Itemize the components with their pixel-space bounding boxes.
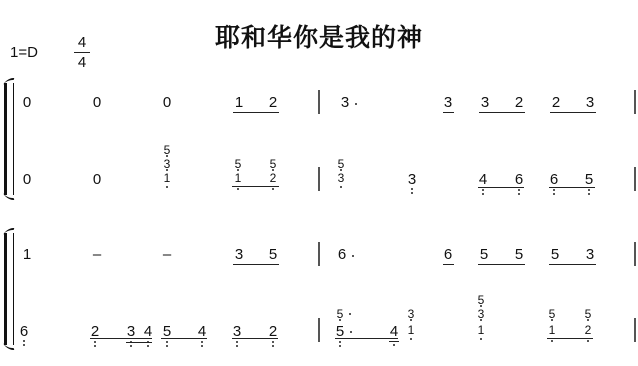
octave-dot [411,188,413,190]
octave-dot [236,345,238,347]
note: 1 [547,324,557,336]
system-2-brace [4,233,14,345]
note: 3 [442,95,454,110]
note: 0 [91,172,103,187]
note: 2 [513,95,525,110]
barline [634,90,636,114]
octave-dot [272,341,274,343]
note: 2 [583,324,593,336]
octave-dot [272,345,274,347]
octave-dot [587,340,589,342]
underline-beam [335,338,398,339]
octave-dot [94,345,96,347]
octave-dot [272,188,274,190]
octave-dot [551,319,553,321]
octave-dot [480,338,482,340]
octave-dot [166,341,168,343]
note: 3 [584,247,596,262]
time-signature: 4 4 [74,34,90,71]
octave-dot [588,193,590,195]
note: 1 [476,324,486,336]
note: 2 [89,324,101,339]
octave-dot [352,255,354,257]
octave-dot [482,189,484,191]
note: 4 [142,324,154,339]
note: 5 [513,247,525,262]
note: 4 [388,324,400,339]
note: 0 [21,95,33,110]
note: 1 [233,172,243,184]
underline-beam [478,264,525,265]
underline-beam [549,264,596,265]
octave-dot [553,189,555,191]
note: 1 [406,324,416,336]
barline [634,242,636,266]
note: 3 [479,95,491,110]
underline-beam [389,341,399,342]
underline-beam [547,338,593,339]
time-signature-top: 4 [78,34,86,51]
note: 1 [162,172,172,184]
note: 2 [550,95,562,110]
note: 0 [91,95,103,110]
barline [318,318,320,342]
octave-dot [551,340,553,342]
barline [634,318,636,342]
octave-dot [410,338,412,340]
underline-beam [90,338,152,339]
time-signature-bottom: 4 [78,54,86,71]
octave-dot [166,186,168,188]
note: 3 [125,324,137,339]
note: 4 [196,324,208,339]
octave-dot [201,345,203,347]
octave-dot [23,340,25,342]
octave-dot [166,345,168,347]
note: 6 [548,172,560,187]
octave-dot [236,341,238,343]
underline-beam [443,112,454,113]
note: 6 [442,247,454,262]
underline-beam [443,264,454,265]
system-1-brace [4,83,14,195]
song-title: 耶和华你是我的神 [0,18,638,54]
note: 3 [406,172,418,187]
note: 1 [21,247,33,262]
note: 3 [584,95,596,110]
note: 0 [161,95,173,110]
barline [318,167,320,191]
octave-dot [237,188,239,190]
octave-dot [587,319,589,321]
octave-dot [482,193,484,195]
octave-dot [147,345,149,347]
octave-dot [349,313,351,315]
octave-dot [339,341,341,343]
note: 4 [477,172,489,187]
underline-beam [232,338,278,339]
note: 3 [339,95,351,110]
octave-dot [518,189,520,191]
octave-dot [553,193,555,195]
note: 2 [267,324,279,339]
key-signature: 1=D [10,44,38,61]
note: 3 [231,324,243,339]
note: 5 [267,247,279,262]
underline-beam [126,342,152,343]
octave-dot [339,345,341,347]
underline-beam [549,187,595,188]
octave-dot [94,341,96,343]
octave-dot [340,186,342,188]
note: 3 [233,247,245,262]
barline [318,242,320,266]
octave-dot [393,344,395,346]
underline-beam [232,186,279,187]
note: 5 [583,172,595,187]
note: – [91,247,103,262]
underline-beam [161,338,207,339]
note: 6 [513,172,525,187]
octave-dot [588,189,590,191]
barline [318,90,320,114]
octave-dot [130,345,132,347]
underline-beam [550,112,596,113]
note: 0 [21,172,33,187]
note: 1 [233,95,245,110]
octave-dot [518,193,520,195]
octave-dot [350,331,352,333]
note: 6 [18,324,30,339]
note: 5 [549,247,561,262]
note: – [161,247,173,262]
octave-dot [411,192,413,194]
underline-beam [478,187,524,188]
octave-dot [480,319,482,321]
octave-dot [339,319,341,321]
octave-dot [23,344,25,346]
octave-dot [201,341,203,343]
underline-beam [233,112,279,113]
underline-beam [479,112,525,113]
note: 5 [478,247,490,262]
note: 5 [334,324,346,339]
octave-dot [410,319,412,321]
barline [634,167,636,191]
note: 6 [336,247,348,262]
octave-dot [355,103,357,105]
note: 2 [268,172,278,184]
note: 2 [267,95,279,110]
note: 5 [161,324,173,339]
time-signature-line [74,52,90,53]
note: 3 [336,172,346,184]
underline-beam [233,264,279,265]
